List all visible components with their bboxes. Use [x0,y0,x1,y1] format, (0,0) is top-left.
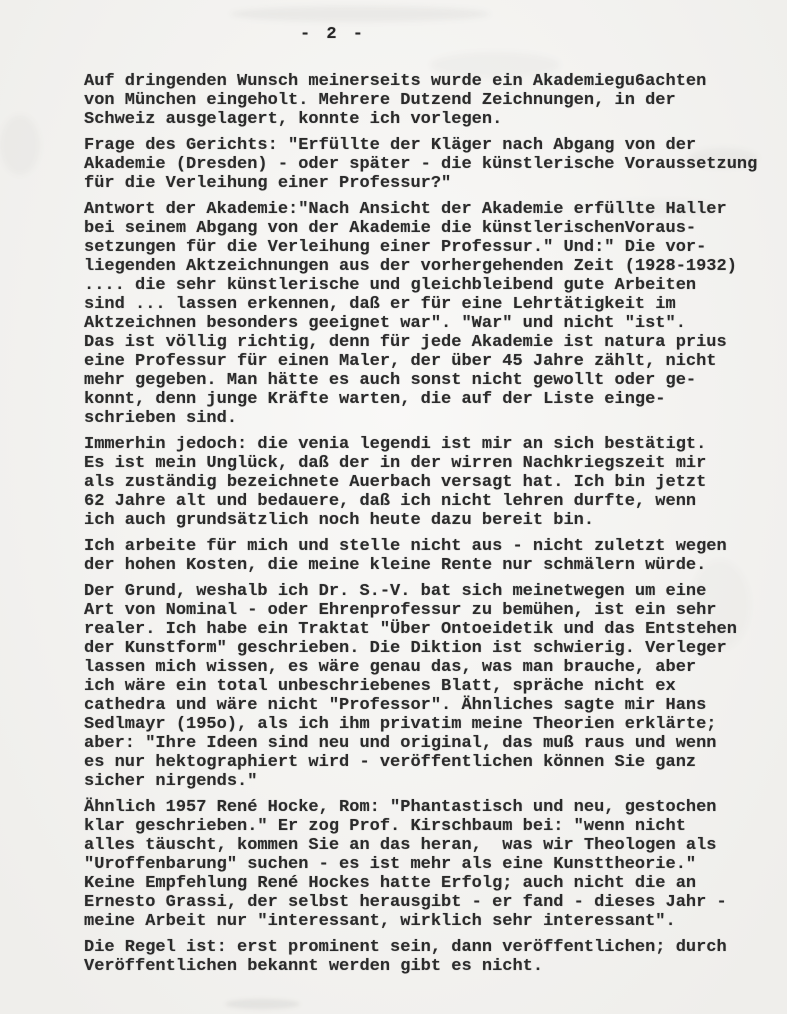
paragraph: Frage des Gerichts: "Erfüllte der Kläger… [84,136,776,193]
paragraph: Immerhin jedoch: die venia legendi ist m… [84,435,776,530]
paragraph: Auf dringenden Wunsch meinerseits wurde … [84,72,776,129]
page-number: - 2 - [300,25,366,44]
paragraph: Antwort der Akademie:"Nach Ansicht der A… [84,200,776,428]
paragraph: Ich arbeite für mich und stelle nicht au… [84,537,776,575]
scan-smudge [0,115,40,175]
paragraph: Die Regel ist: erst prominent sein, dann… [84,938,776,976]
scan-smudge [225,999,300,1009]
document-body: Auf dringenden Wunsch meinerseits wurde … [84,72,776,983]
scanned-document-page: - 2 - Auf dringenden Wunsch meinerseits … [0,0,787,1014]
scan-smudge [230,6,490,22]
paragraph: Ähnlich 1957 René Hocke, Rom: "Phantasti… [84,798,776,931]
paragraph: Der Grund, weshalb ich Dr. S.-V. bat sic… [84,582,776,791]
